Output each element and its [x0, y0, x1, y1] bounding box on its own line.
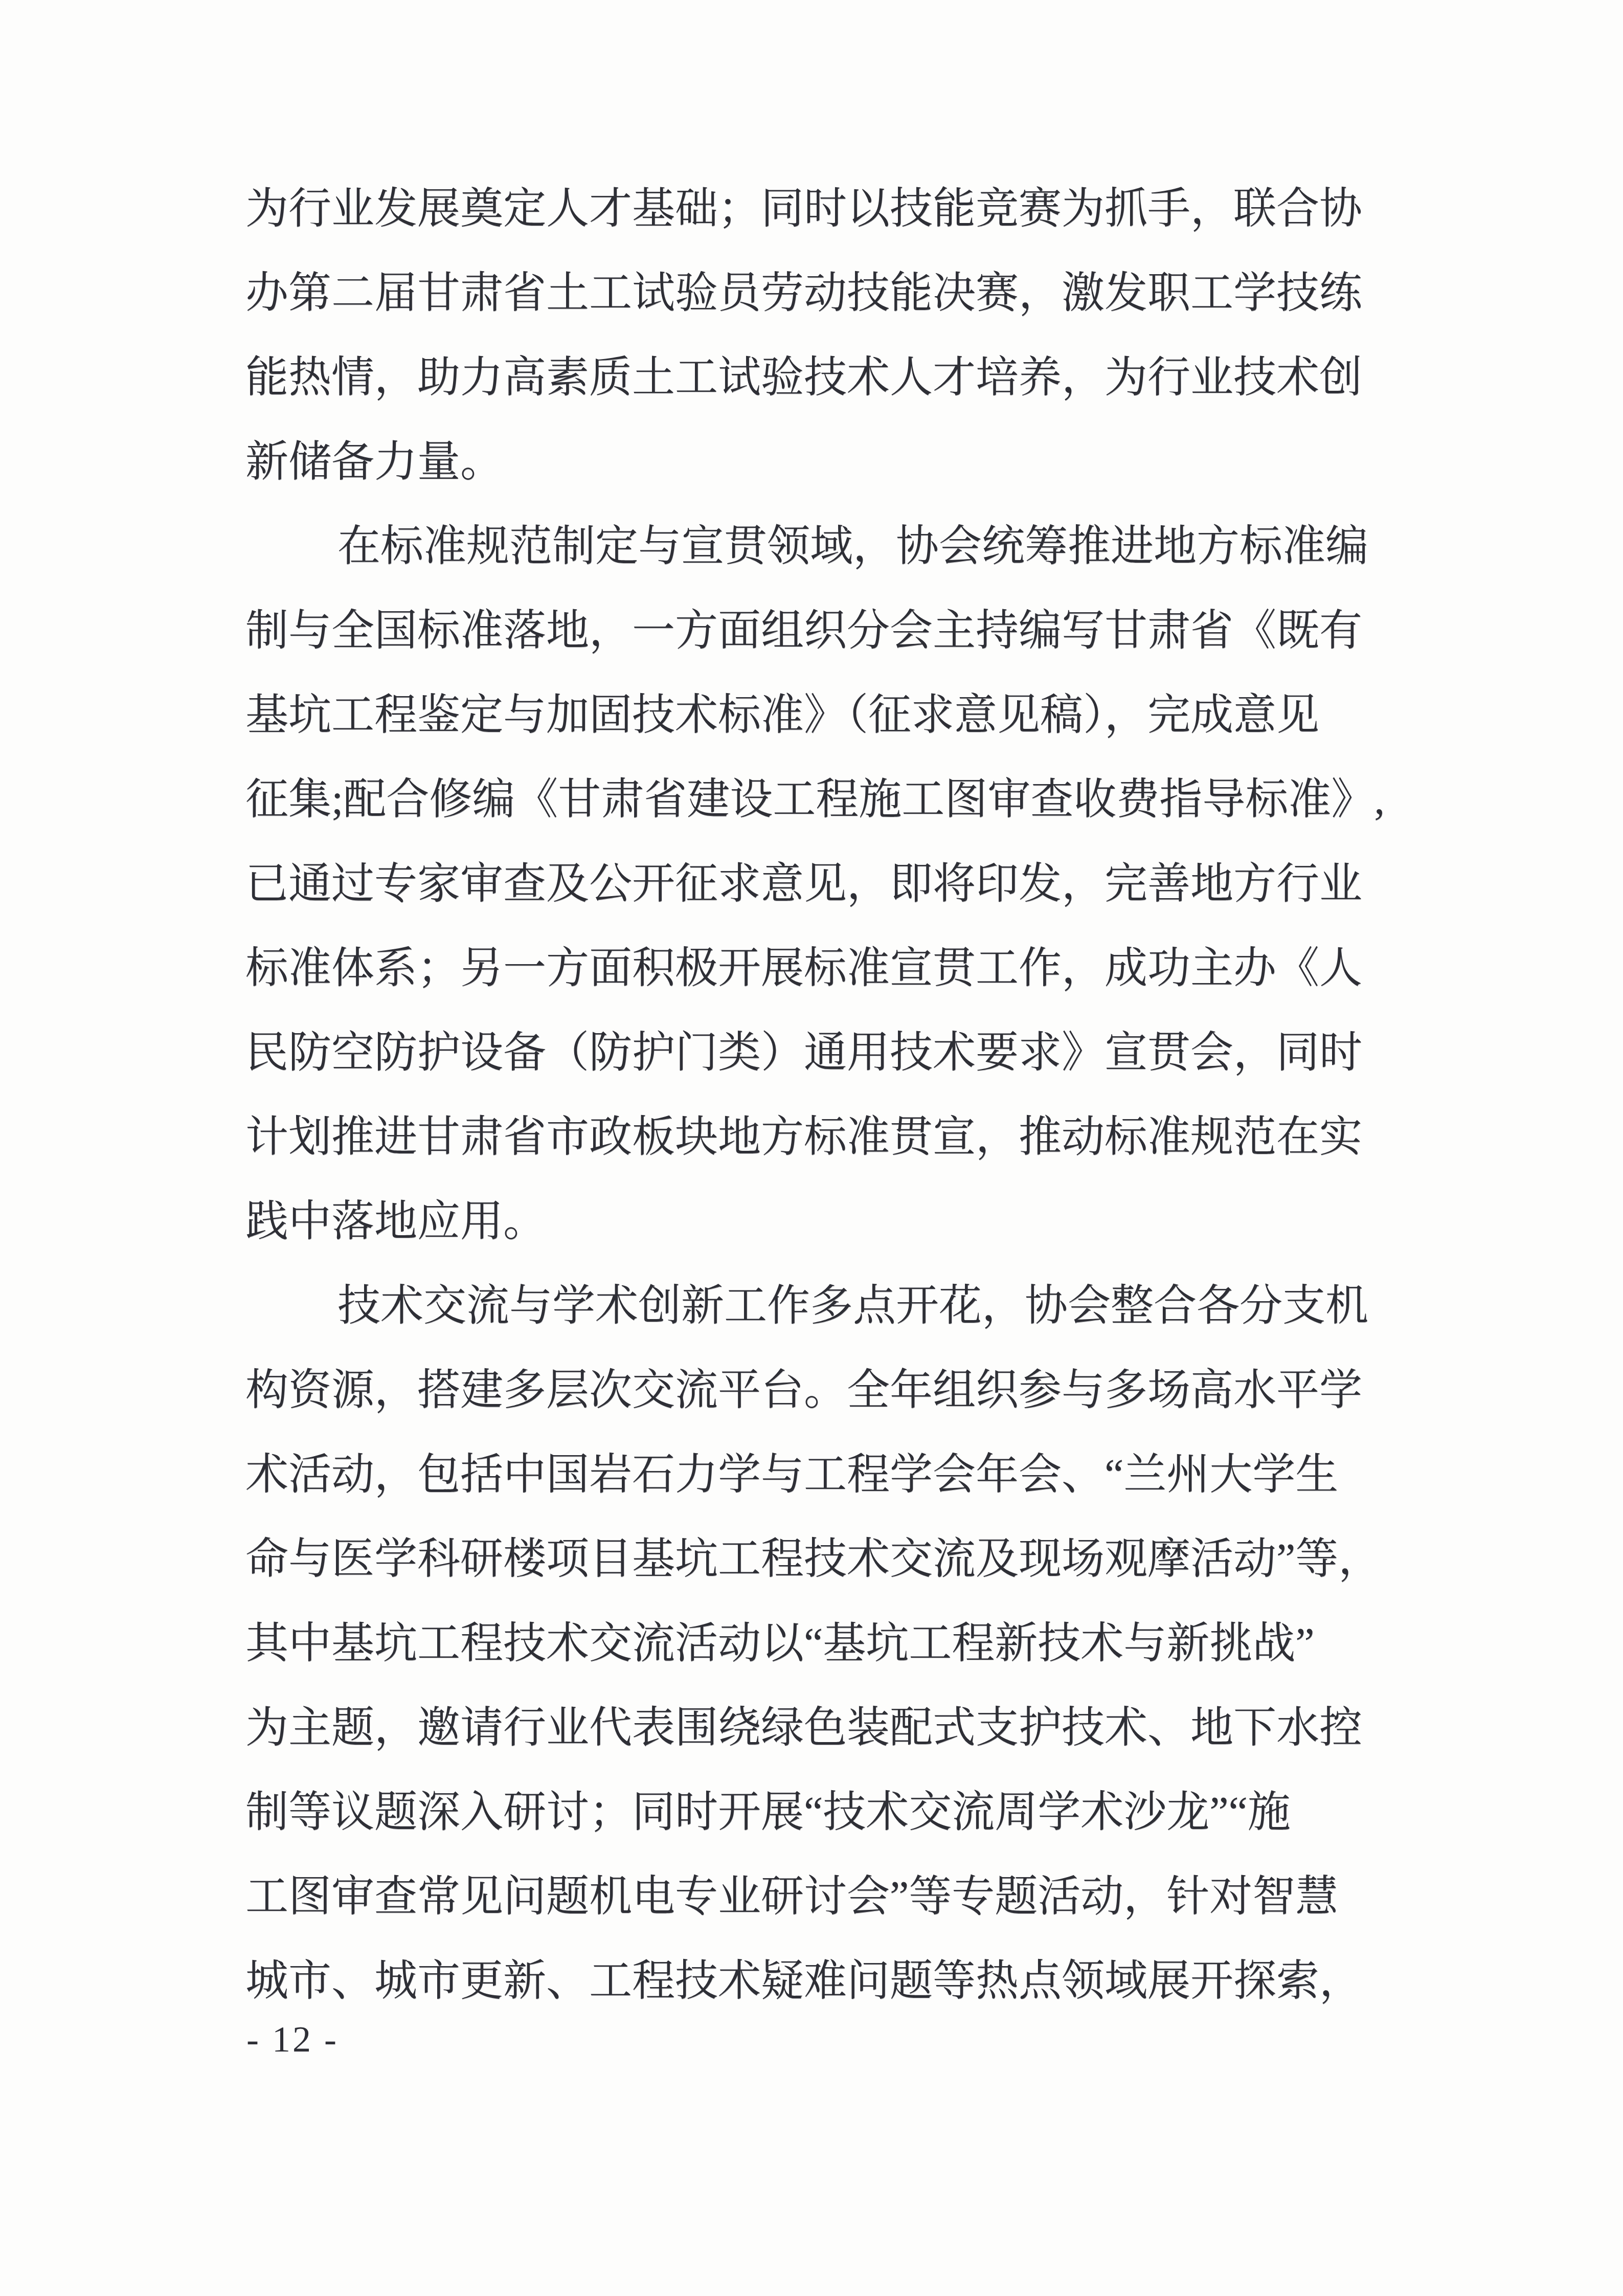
text-line: 制与全国标准落地，一方面组织分会主持编写甘肃省《既有 [245, 589, 1391, 673]
text-line: 征集;配合修编《甘肃省建设工程施工图审查收费指导标准》, [245, 757, 1391, 842]
text-line: 能热情，助力高素质土工试验技术人才培养，为行业技术创 [245, 336, 1391, 420]
page-number: - 12 - [246, 2017, 339, 2061]
text-line: 术活动，包括中国岩石力学与工程学会年会、“兰州大学生 [245, 1433, 1391, 1517]
text-line: 新储备力量。 [245, 420, 1391, 504]
text-line: 已通过专家审查及公开征求意见，即将印发，完善地方行业 [245, 842, 1391, 926]
text-line: 制等议题深入研讨；同时开展“技术交流周学术沙龙”“施 [245, 1770, 1391, 1855]
text-line: 办第二届甘肃省土工试验员劳动技能决赛，激发职工学技练 [245, 251, 1391, 336]
text-line: 标准体系；另一方面积极开展标准宣贯工作，成功主办《人 [245, 926, 1391, 1011]
text-line: 城市、城市更新、工程技术疑难问题等热点领域展开探索， [245, 1939, 1391, 2023]
text-line: 命与医学科研楼项目基坑工程技术交流及现场观摩活动”等， [245, 1517, 1391, 1601]
text-line: 为主题，邀请行业代表围绕绿色装配式支护技术、地下水控 [245, 1686, 1391, 1770]
text-line: 计划推进甘肃省市政板块地方标准贯宣，推动标准规范在实 [245, 1095, 1391, 1179]
text-line: 工图审查常见问题机电专业研讨会”等专题活动，针对智慧 [245, 1855, 1391, 1939]
text-line: 基坑工程鉴定与加固技术标准》（征求意见稿），完成意见 [245, 673, 1391, 757]
text-line: 为行业发展奠定人才基础；同时以技能竞赛为抓手，联合协 [245, 167, 1391, 251]
text-line: 民防空防护设备（防护门类）通用技术要求》宣贯会，同时 [245, 1011, 1391, 1095]
text-line: 构资源，搭建多层次交流平台。全年组织参与多场高水平学 [245, 1348, 1391, 1433]
document-page: 为行业发展奠定人才基础；同时以技能竞赛为抓手，联合协办第二届甘肃省土工试验员劳动… [0, 0, 1623, 2296]
document-body: 为行业发展奠定人才基础；同时以技能竞赛为抓手，联合协办第二届甘肃省土工试验员劳动… [245, 167, 1391, 2023]
text-line: 其中基坑工程技术交流活动以“基坑工程新技术与新挑战” [245, 1601, 1391, 1686]
text-line: 技术交流与学术创新工作多点开花，协会整合各分支机 [245, 1264, 1391, 1348]
text-line: 践中落地应用。 [245, 1179, 1391, 1264]
text-line: 在标准规范制定与宣贯领域，协会统筹推进地方标准编 [245, 504, 1391, 589]
